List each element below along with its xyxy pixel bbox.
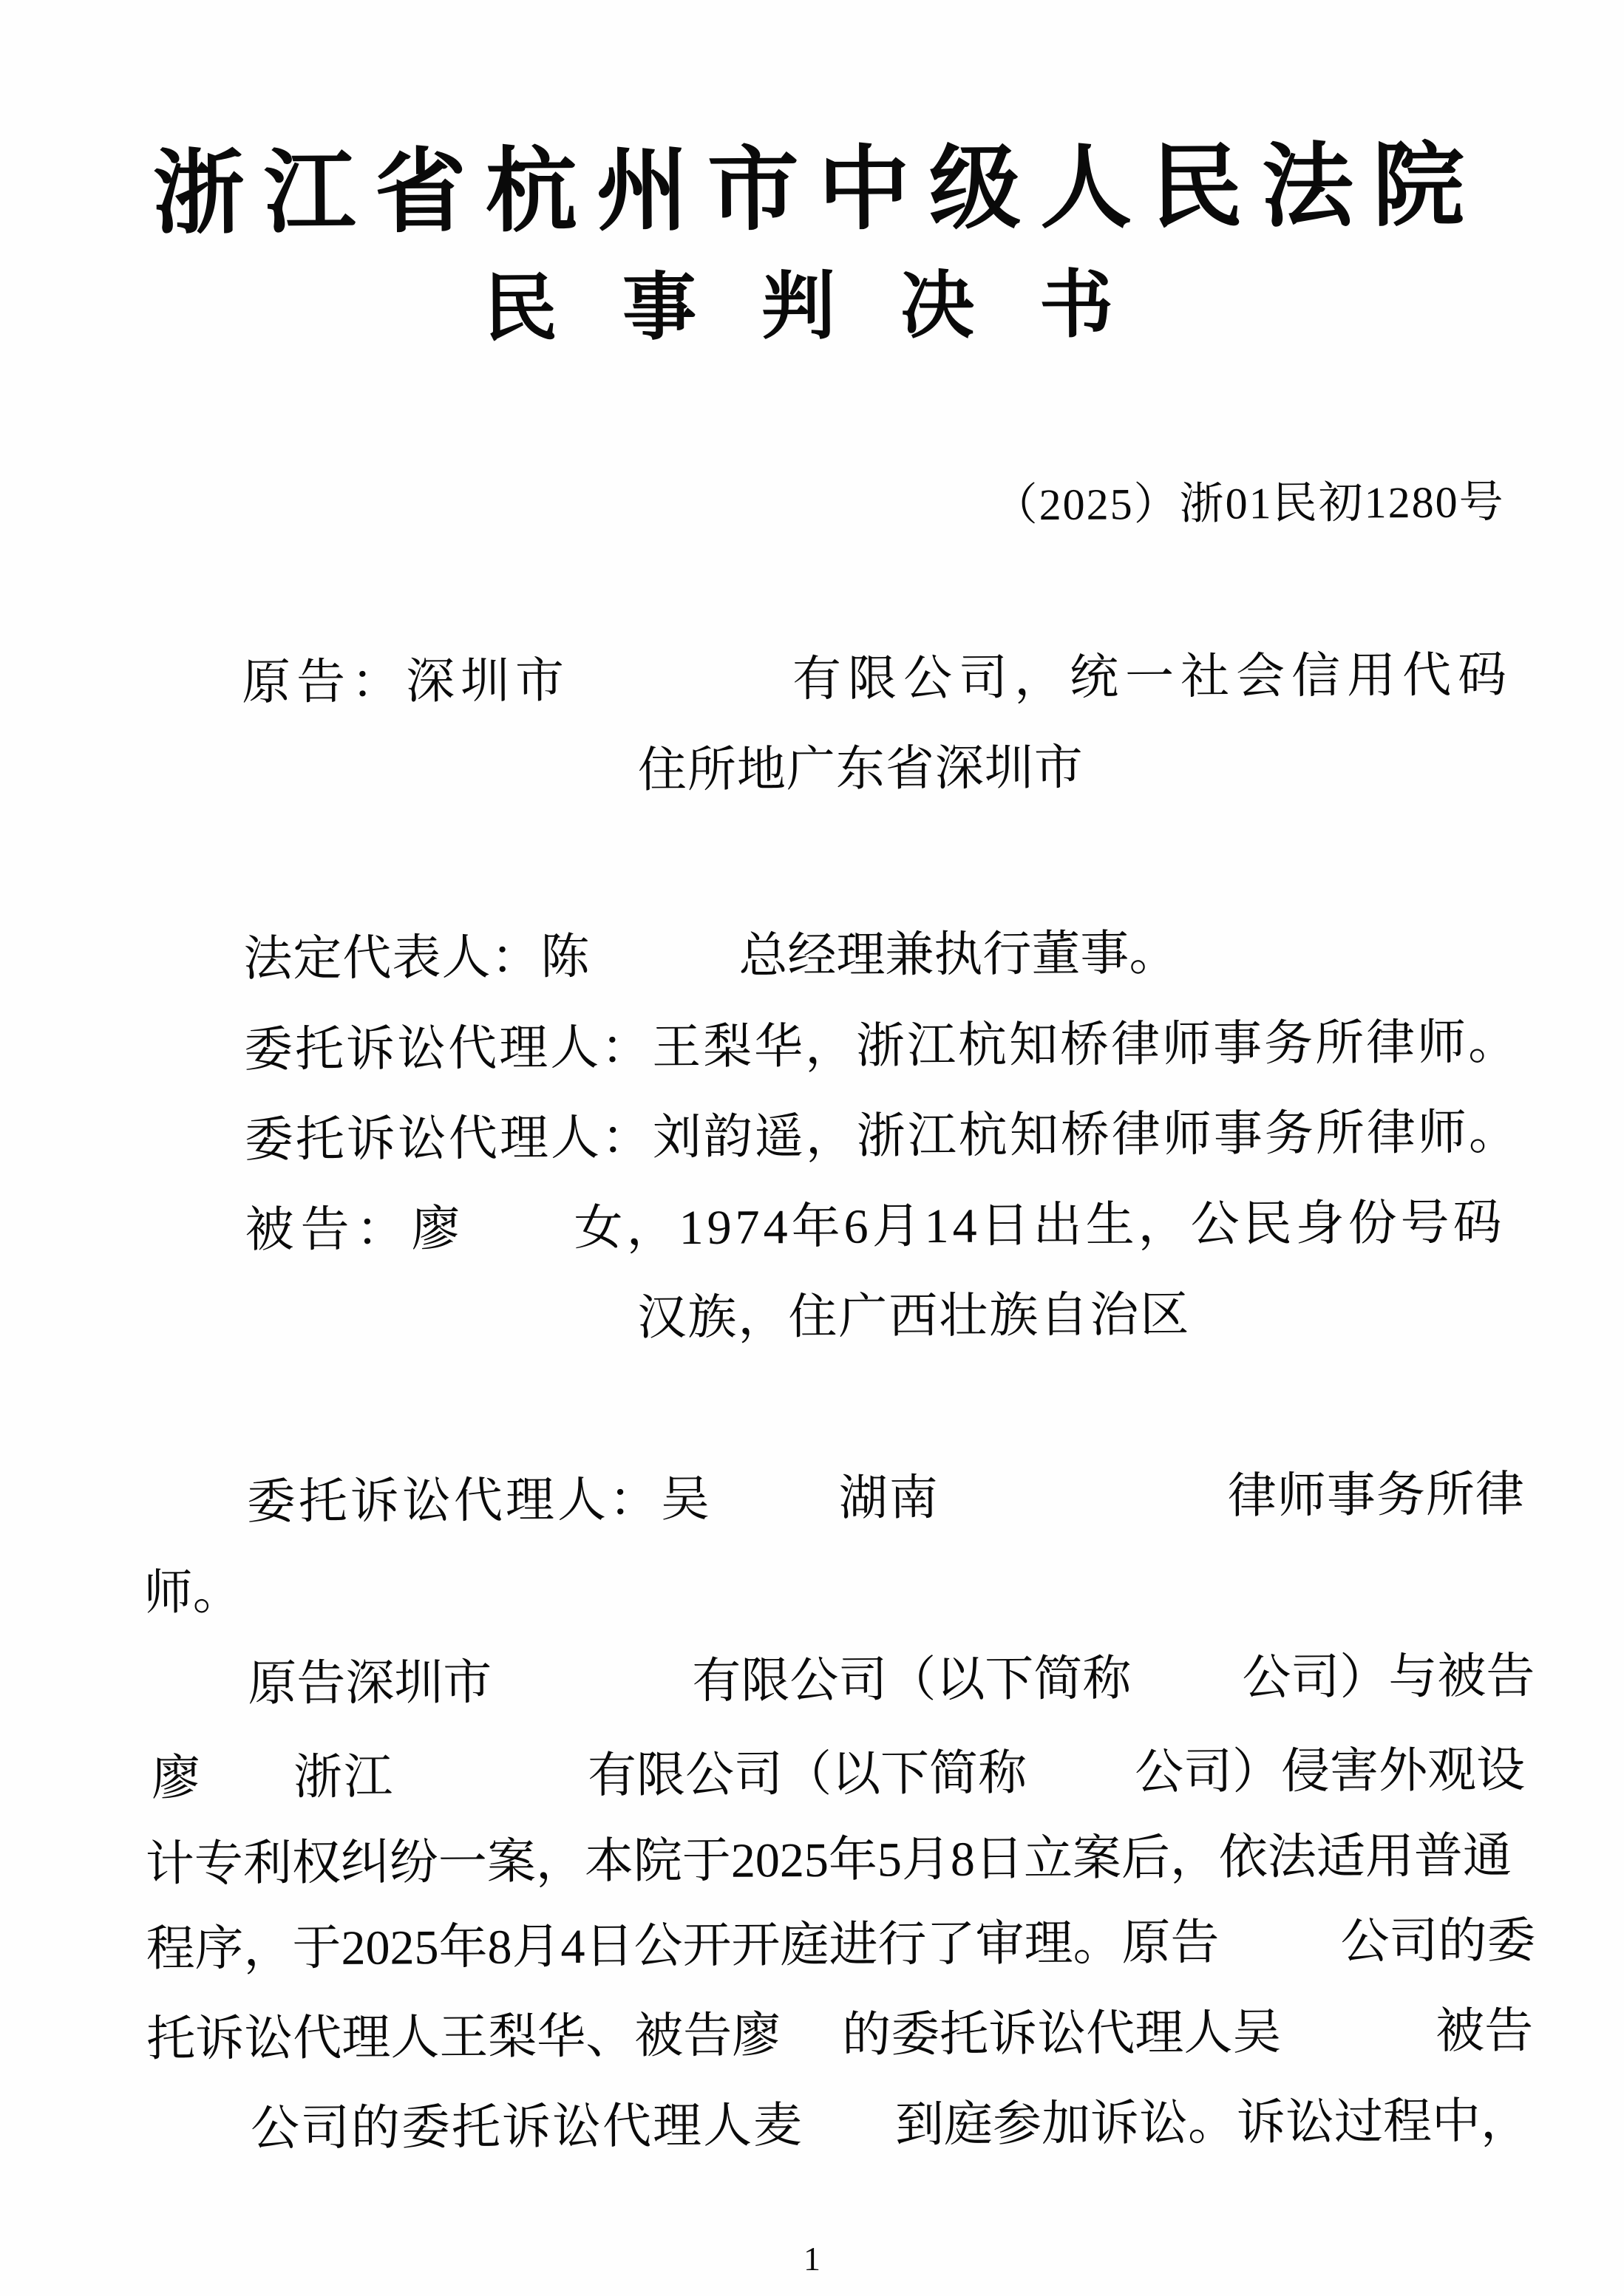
defendant-domicile-line: 汉族，住广西壮族自治区 (1, 1283, 1624, 1362)
legal-representative-line: 法定代表人：陈 总经理兼执行董事。 (0, 922, 1624, 1001)
litigation-process-text: 到庭参加诉讼。诉讼过程中， (895, 2092, 1529, 2154)
hearing-date-text: 程序，于2025年8月4日公开开庭进行了审理。原告 (146, 1914, 1219, 1979)
case-intro-line-5: 托诉讼代理人王梨华、被告廖 的委托诉讼代理人吴 被告 (6, 2001, 1624, 2080)
page-number: 1 (0, 2241, 1624, 2278)
plaintiff-line: 原告：深圳市 有限公司，统一社会信用代码 (0, 645, 1622, 724)
case-intro-line-2: 廖 浙江 有限公司（以下简称 公司）侵害外观设 (4, 1740, 1624, 1819)
defendant-birth-info: 女，1974年6月14日出生，公民身份号码 (574, 1193, 1505, 1258)
plaintiff-domicile-text: 住所地广东省深圳市 (638, 739, 1084, 800)
intro-infringement-clause: 公司）侵害外观设 (1135, 1741, 1525, 1802)
plaintiff-company-suffix: 有限公司，统一社会信用代码 (792, 646, 1513, 709)
plaintiff-domicile-line: 住所地广东省深圳市 (0, 735, 1623, 814)
defendant-agent-firm-suffix: 律师事务所律 (1228, 1465, 1525, 1526)
attendance-defendant-agent: 的委托诉讼代理人吴 (842, 2003, 1281, 2065)
case-intro-line-1: 原告深圳市 有限公司（以下简称 公司）与被告 (4, 1646, 1624, 1726)
plaintiff-agent-1-text: 委托诉讼代理人：王梨华，浙江杭知桥律师事务所律师。 (244, 1013, 1519, 1080)
attendance-defendant-label: 被告 (1436, 2002, 1533, 2061)
intro-defendant-surname: 廖 (152, 1749, 200, 1808)
plaintiff-agent-line-1: 委托诉讼代理人：王梨华，浙江杭知桥律师事务所律师。 (0, 1012, 1624, 1091)
intro-versus-defendant: 公司）与被告 (1242, 1647, 1535, 1708)
intro-codefendant-province: 浙江 (293, 1748, 394, 1807)
company-agent-attendance: 公司的委托诉讼代理人麦 (251, 2096, 803, 2159)
plaintiff-agent-2-text: 委托诉讼代理人：刘韵遥，浙江杭知桥律师事务所律师。 (245, 1103, 1520, 1170)
defendant-agent-province: 湖南 (839, 1469, 940, 1528)
legal-representative-title: 总经理兼执行董事。 (738, 924, 1178, 986)
case-intro-line-3: 计专利权纠纷一案，本院于2025年5月8日立案后，依法适用普通 (5, 1826, 1624, 1905)
plaintiff-label-and-city: 原告：深圳市 (242, 652, 570, 712)
defendant-domicile-text: 汉族，住广西壮族自治区 (637, 1286, 1190, 1348)
attendance-agents-text: 托诉讼代理人王梨华、被告廖 (146, 2006, 781, 2068)
judgment-page: 浙江省杭州市中级人民法院 民事判决书 （2025）浙01民初1280号 原告：深… (0, 0, 1624, 2296)
intro-plaintiff-abbrev: 有限公司（以下简称 (692, 1649, 1131, 1711)
scanned-document: 浙江省杭州市中级人民法院 民事判决书 （2025）浙01民初1280号 原告：深… (0, 0, 1624, 2296)
case-number: （2025）浙01民初1280号 (993, 477, 1504, 529)
intro-plaintiff-city: 原告深圳市 (248, 1654, 492, 1714)
case-intro-line-6: 公司的委托诉讼代理人麦 到庭参加诉讼。诉讼过程中， (7, 2091, 1624, 2170)
defendant-agent-line: 委托诉讼代理人：吴 湖南 律师事务所律 (3, 1465, 1624, 1544)
hearing-company-suffix: 公司的委 (1340, 1912, 1535, 1972)
defendant-agent-label: 委托诉讼代理人：吴 (247, 1471, 713, 1532)
legal-representative-label: 法定代表人：陈 (243, 928, 590, 989)
document-type-title: 民事判决书 (483, 268, 1179, 347)
defendant-line: 被告：廖 女，1974年6月14日出生，公民身份号码 (1, 1193, 1624, 1272)
defendant-label-and-surname: 被告：廖 (245, 1200, 466, 1260)
court-name-title: 浙江省杭州市中级人民法院 (153, 140, 1484, 240)
intro-codefendant-abbrev: 有限公司（以下简称 (588, 1744, 1027, 1805)
defendant-agent-continued-text: 师。 (143, 1564, 241, 1623)
case-intro-line-4: 程序，于2025年8月4日公开开庭进行了审理。原告 公司的委 (5, 1911, 1624, 1990)
defendant-agent-line-continued: 师。 (3, 1555, 1624, 1634)
filing-date-text: 计专利权纠纷一案，本院于2025年5月8日立案后，依法适用普通 (146, 1827, 1512, 1893)
plaintiff-agent-line-2: 委托诉讼代理人：刘韵遥，浙江杭知桥律师事务所律师。 (1, 1103, 1624, 1182)
